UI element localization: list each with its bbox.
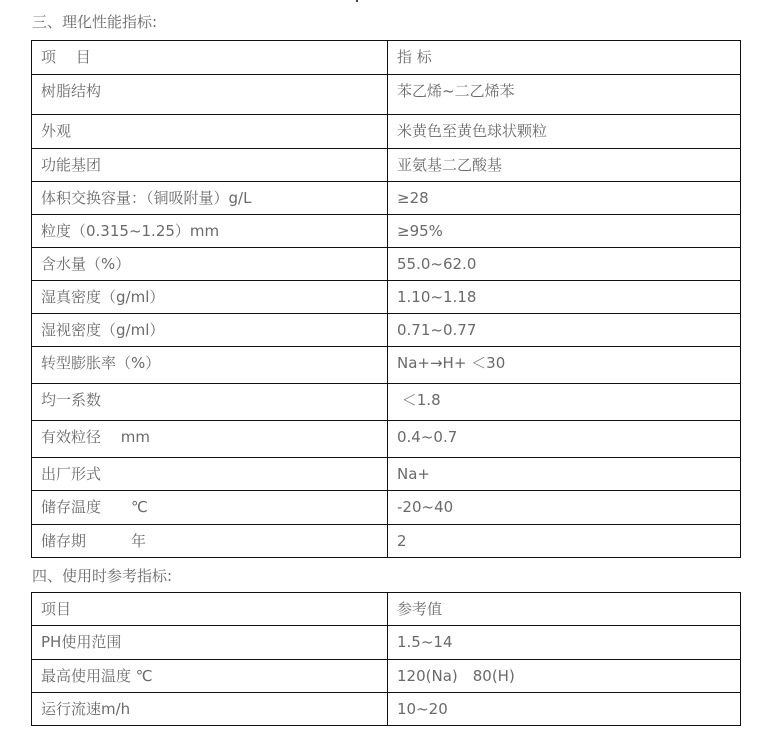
table-row: 均一系数 ＜1.8 [32, 384, 741, 421]
table-row: 功能基团 亚氨基二乙酸基 [32, 149, 741, 182]
table-row: 有效粒径 mm 0.4~0.7 [32, 421, 741, 458]
table-row: 外观 米黄色至黄色球状颗粒 [32, 115, 741, 149]
usage-reference-table: 项目 参考值 PH使用范围 1.5~14 最高使用温度 ℃ 120(Na) 80… [31, 592, 741, 726]
table-row: 运行流速m/h 10~20 [32, 693, 741, 726]
table-row: 体积交换容量：（铜吸附量）g/L ≥28 [32, 182, 741, 215]
table-row: 树脂结构 苯乙烯~二乙烯苯 [32, 75, 741, 115]
table-row: 粒度（0.315~1.25）mm ≥95% [32, 215, 741, 248]
table-header-row: 项目 参考值 [32, 593, 741, 626]
table-row: 含水量（%） 55.0~62.0 [32, 248, 741, 281]
cropped-top-mark [356, 0, 358, 2]
table-row: 储存期 年 2 [32, 525, 741, 558]
physicochemical-table: 项 目 指 标 树脂结构 苯乙烯~二乙烯苯 外观 米黄色至黄色球状颗粒 功能基团… [31, 40, 741, 558]
table-header-row: 项 目 指 标 [32, 41, 741, 75]
header-value: 指 标 [388, 41, 741, 75]
table-row: 出厂形式 Na+ [32, 458, 741, 491]
header-value: 参考值 [388, 593, 741, 626]
section-4-title: 四、使用时参考指标: [32, 566, 172, 586]
table-row: 湿真密度（g/ml） 1.10~1.18 [32, 281, 741, 314]
table-row: PH使用范围 1.5~14 [32, 626, 741, 660]
header-item: 项目 [32, 593, 388, 626]
table-row: 最高使用温度 ℃ 120(Na) 80(H) [32, 660, 741, 693]
section-3-title: 三、理化性能指标: [32, 12, 157, 32]
table-row: 湿视密度（g/ml） 0.71~0.77 [32, 314, 741, 347]
table-row: 转型膨胀率（%） Na+→H+ ＜30 [32, 347, 741, 384]
table-row: 储存温度 ℃ -20~40 [32, 491, 741, 525]
header-item: 项 目 [32, 41, 388, 75]
